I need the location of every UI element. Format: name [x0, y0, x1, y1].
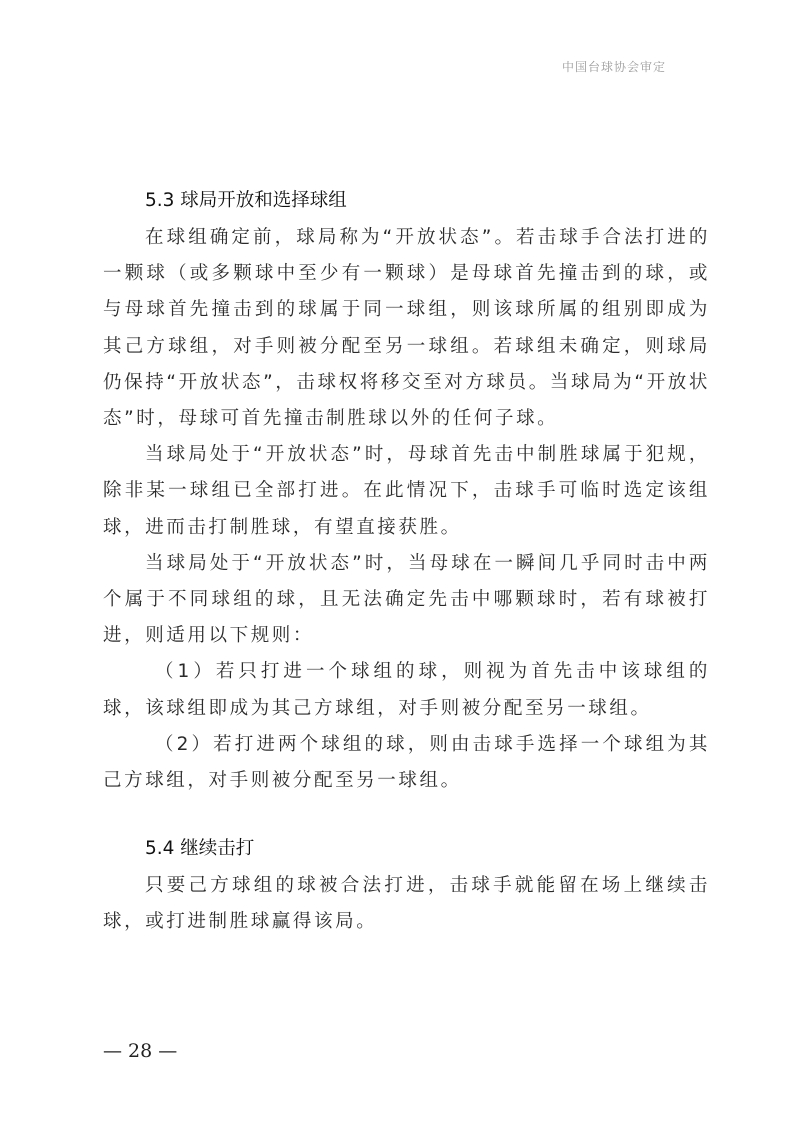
paragraph: 只要己方球组的球被合法打进，击球手就能留在场上继续击球，或打进制胜球赢得该局。	[103, 868, 710, 940]
rule-item-2: （2）若打进两个球组的球，则由击球手选择一个球组为其己方球组，对手则被分配至另一…	[103, 727, 710, 799]
page-number: — 28 —	[103, 1040, 177, 1062]
section-heading-5-4: 5.4 继续击打	[103, 830, 710, 868]
section-heading-5-3: 5.3 球局开放和选择球组	[103, 182, 710, 220]
paragraph: 当球局处于“开放状态”时，当母球在一瞬间几乎同时击中两个属于不同球组的球，且无法…	[103, 546, 710, 655]
rule-item-1: （1）若只打进一个球组的球，则视为首先击中该球组的球，该球组即成为其己方球组，对…	[103, 654, 710, 726]
section-spacer	[103, 799, 710, 830]
document-body: 5.3 球局开放和选择球组 在球组确定前，球局称为“开放状态”。若击球手合法打进…	[103, 182, 710, 941]
paragraph: 在球组确定前，球局称为“开放状态”。若击球手合法打进的一颗球（或多颗球中至少有一…	[103, 220, 710, 437]
paragraph: 当球局处于“开放状态”时，母球首先击中制胜球属于犯规，除非某一球组已全部打进。在…	[103, 437, 710, 546]
header-approval-note: 中国台球协会审定	[562, 58, 666, 75]
